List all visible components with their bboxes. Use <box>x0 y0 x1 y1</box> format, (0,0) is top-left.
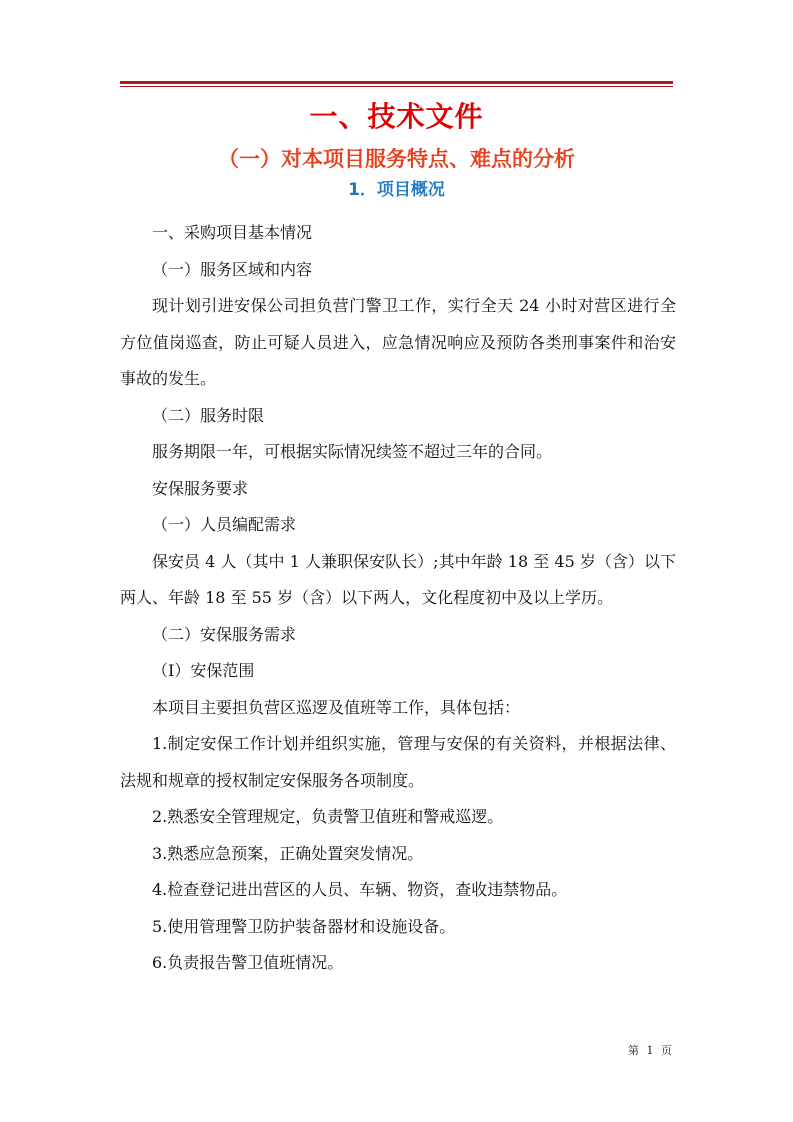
list-item: 5.使用管理警卫防护装备器材和设施设备。 <box>120 909 676 946</box>
paragraph: 现计划引进安保公司担负营门警卫工作，实行全天 24 小时对营区进行全方位值岗巡查… <box>120 288 676 398</box>
paragraph: 一、采购项目基本情况 <box>120 215 676 252</box>
list-item: 1.制定安保工作计划并组织实施，管理与安保的有关资料，并根据法律、法规和规章的授… <box>120 726 676 799</box>
document-body: 一、采购项目基本情况 （一）服务区域和内容 现计划引进安保公司担负营门警卫工作，… <box>120 215 676 982</box>
paragraph: （二）安保服务需求 <box>120 617 676 654</box>
list-item: 3.熟悉应急预案，正确处置突发情况。 <box>120 836 676 873</box>
document-title: 一、技术文件 <box>0 98 793 136</box>
header-rule-thick <box>120 81 673 84</box>
list-item: 4.检查登记进出营区的人员、车辆、物资，查收违禁物品。 <box>120 872 676 909</box>
paragraph: 保安员 4 人（其中 1 人兼职保安队长）;其中年龄 18 至 45 岁（含）以… <box>120 544 676 617</box>
header-rule-thin <box>120 86 673 87</box>
list-item: 6.负责报告警卫值班情况。 <box>120 945 676 982</box>
section-heading: （一）对本项目服务特点、难点的分析 <box>0 145 793 173</box>
paragraph: 本项目主要担负营区巡逻及值班等工作，具体包括： <box>120 690 676 727</box>
list-item: 2.熟悉安全管理规定，负责警卫值班和警戒巡逻。 <box>120 799 676 836</box>
paragraph: （二）服务时限 <box>120 398 676 435</box>
paragraph: 安保服务要求 <box>120 471 676 508</box>
paragraph: （Ⅰ）安保范围 <box>120 653 676 690</box>
paragraph: （一）人员编配需求 <box>120 507 676 544</box>
paragraph: 服务期限一年，可根据实际情况续签不超过三年的合同。 <box>120 434 676 471</box>
subsection-heading: 1．项目概况 <box>0 178 793 202</box>
page-number: 第 1 页 <box>628 1042 674 1058</box>
paragraph: （一）服务区域和内容 <box>120 252 676 289</box>
